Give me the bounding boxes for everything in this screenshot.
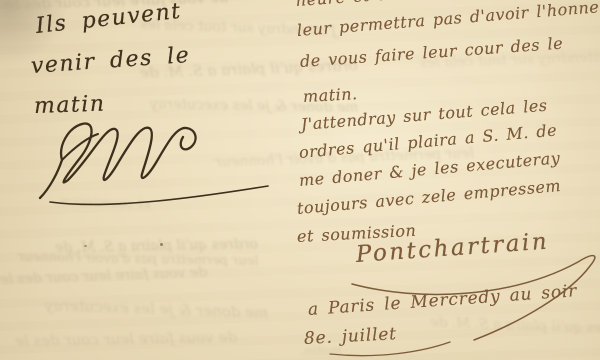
- bleedthrough-text: ordres qu'il plaira a S. M. de: [55, 236, 258, 256]
- margin-note-line: matin: [34, 92, 106, 119]
- dateline-place: a Paris le Mercredy au soir: [307, 281, 577, 320]
- bleedthrough-text: de vous faire leur cour des le: [0, 264, 207, 287]
- body-line: me doner & je les executeray: [298, 148, 561, 190]
- body-line: ordres qu'il plaira a S. M. de: [298, 120, 558, 161]
- body-line: et soumission: [297, 221, 417, 246]
- bleedthrough-text: leur permettra pas d'avoir l'honneur: [215, 145, 474, 170]
- ink-speck: [160, 243, 163, 246]
- manuscript-page: de vous faire leur cour des le J'attendr…: [0, 0, 600, 360]
- ink-flourishes: [0, 0, 600, 360]
- ink-speck: [84, 245, 87, 247]
- bleedthrough-text: J'attendray sur tout cela les: [420, 49, 600, 72]
- dateline-flourish: [330, 342, 450, 356]
- bleedthrough-text: de vous faire leur cour des le: [15, 328, 237, 350]
- bleedthrough-text: et soumission: [60, 194, 151, 212]
- body-line: matin.: [303, 84, 359, 106]
- bleedthrough-text: J'attendray sur tout cela les: [140, 17, 337, 40]
- margin-note-line: venir des le: [30, 43, 191, 79]
- body-line: leur permettra pas d'avoir l'honneur: [296, 0, 600, 40]
- louis-signature: [40, 123, 268, 204]
- pontchartrain-signature: Pontchartrain: [355, 229, 550, 268]
- dateline-date: 8e. juillet: [303, 324, 397, 349]
- margin-note-line: Ils peuvent: [35, 0, 183, 39]
- bleedthrough-text: de vous faire leur cour des le: [6, 0, 228, 14]
- bleedthrough-text: ordres qu'il plaira a S. M. de: [140, 56, 358, 82]
- bleedthrough-text: me doner & je les executeray: [45, 296, 269, 322]
- body-line: heure et demie ne: [295, 0, 458, 10]
- body-line: de vous faire leur cour des le: [299, 34, 563, 71]
- body-line: toujours avec zele empressem: [296, 176, 562, 218]
- body-line: J'attendray sur tout cela les: [300, 96, 548, 134]
- pontchartrain-flourish: [352, 256, 595, 340]
- bleedthrough-text: me doner & je les executeray: [150, 96, 359, 116]
- bleedthrough-text: matin.: [300, 344, 342, 360]
- bleedthrough-text: ordres qu'il plaira a S. M. de: [430, 314, 600, 337]
- bleedthrough-text: leur permettra pas d'avoir l'honneur: [18, 250, 259, 269]
